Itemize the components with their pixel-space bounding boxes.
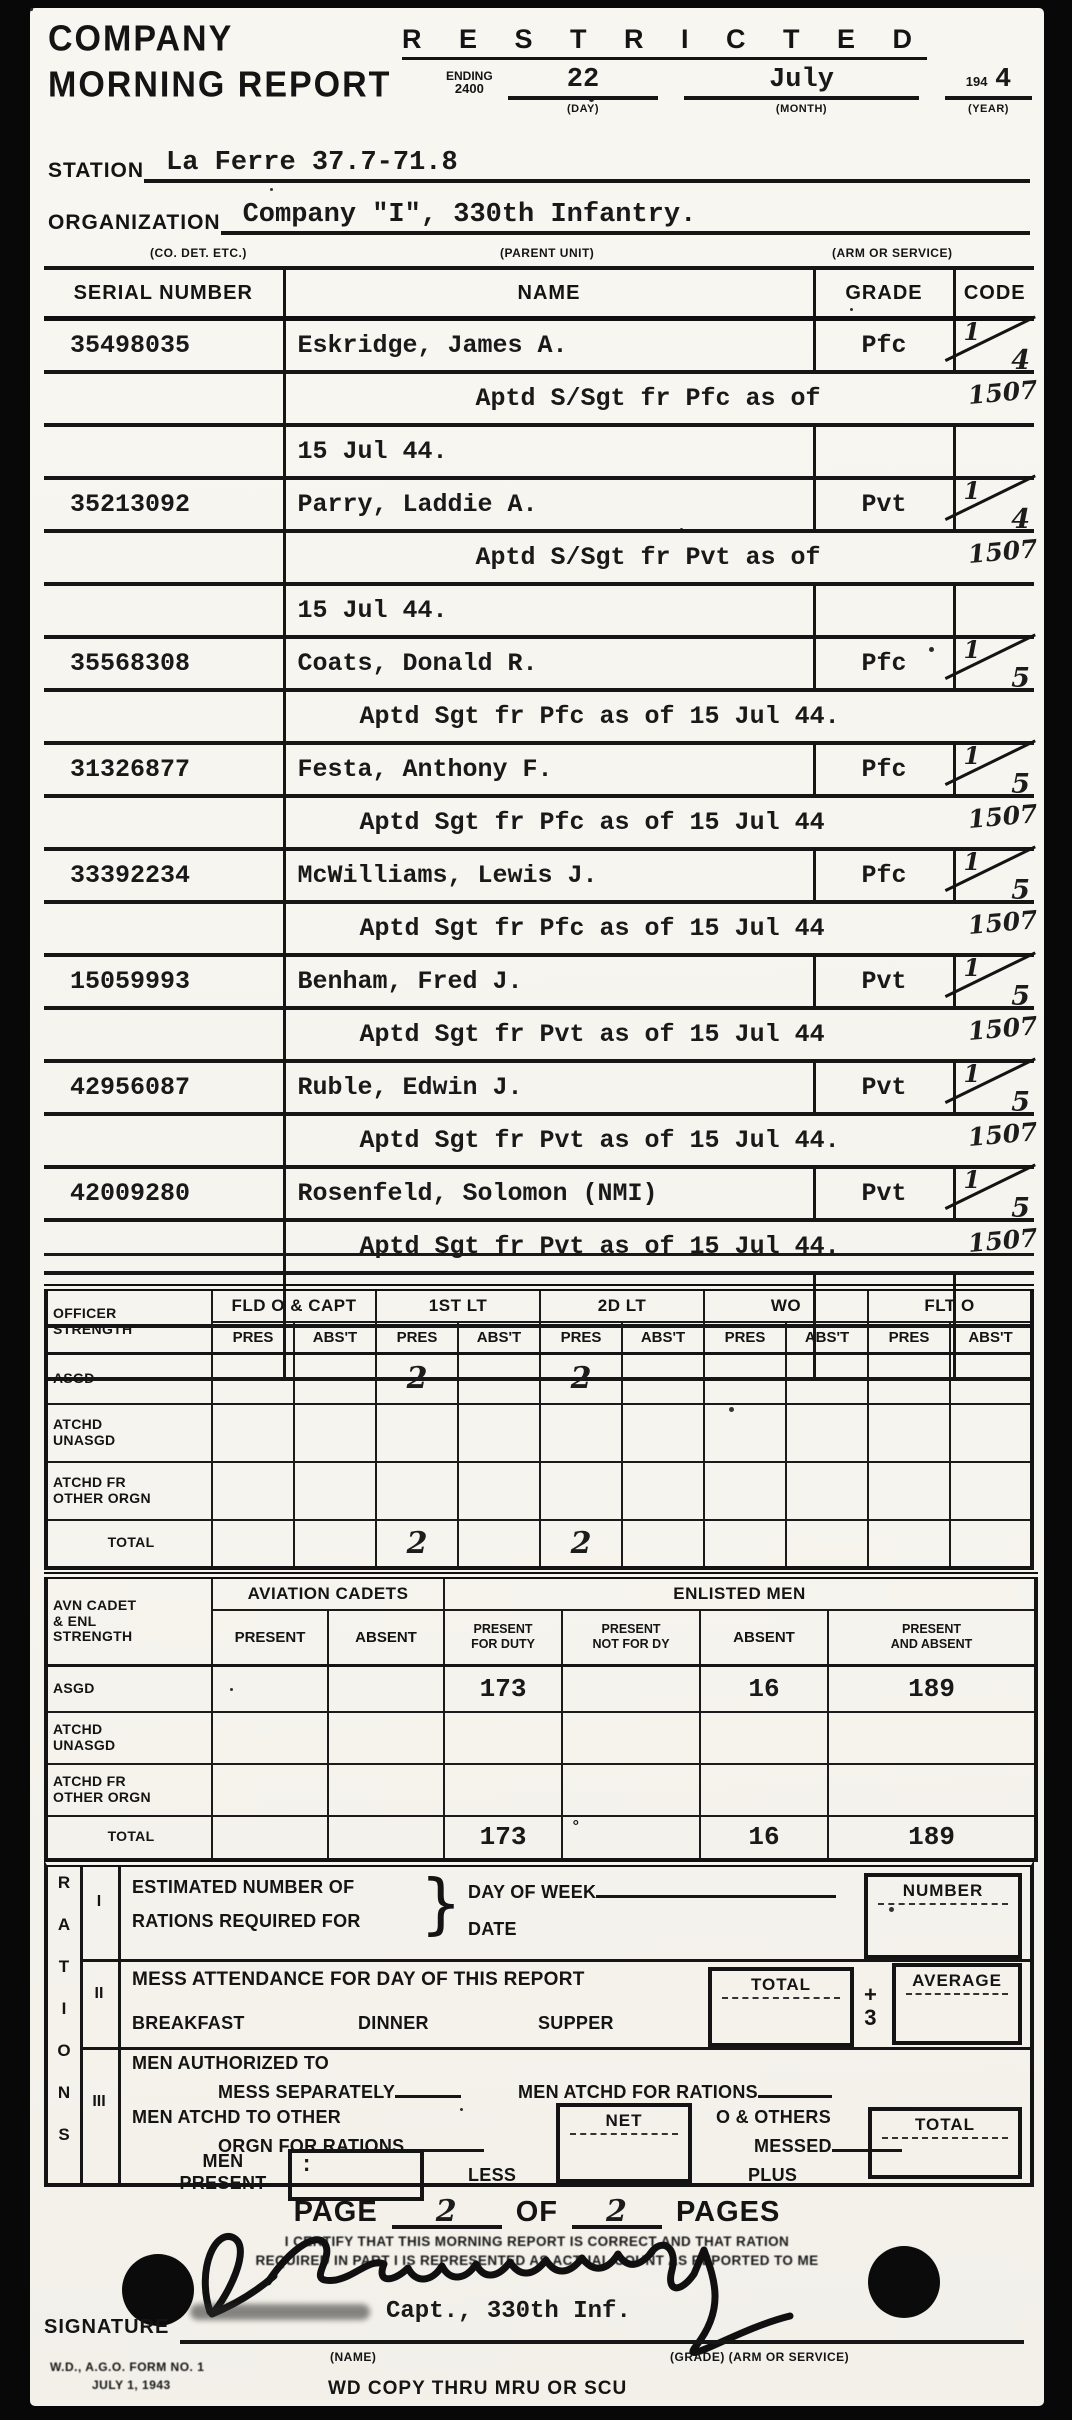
code-numerator: 1 bbox=[964, 635, 981, 664]
enlisted-row-asgd: ASGD 17316189 bbox=[46, 1666, 1036, 1712]
men-present-label: MENPRESENT bbox=[168, 2151, 278, 2194]
serial-cell: 15059993 bbox=[44, 955, 284, 1008]
value-cell bbox=[950, 1520, 1032, 1568]
value-cell: 2 bbox=[376, 1354, 458, 1404]
men-present-box: : bbox=[288, 2149, 424, 2201]
grade-cell: Pfc bbox=[814, 849, 954, 902]
value-cell: 173 bbox=[444, 1666, 562, 1712]
value-cell bbox=[212, 1462, 294, 1520]
divider-rule bbox=[44, 1253, 1034, 1256]
average-box-rule bbox=[906, 1993, 1008, 1995]
col-line1: ABSENT bbox=[330, 1629, 442, 1646]
average-box-label: AVERAGE bbox=[896, 1971, 1018, 1991]
code-handwritten: 1507 bbox=[967, 1117, 1039, 1152]
remark-text: Aptd S/Sgt fr Pfc as of bbox=[476, 384, 821, 413]
serial-cell bbox=[44, 584, 284, 637]
value-cell bbox=[212, 1764, 328, 1816]
value-cell: 2 bbox=[376, 1520, 458, 1568]
year-value: 4 bbox=[995, 65, 1011, 95]
section-ii-numeral: II bbox=[80, 1985, 118, 2003]
value-cell bbox=[868, 1520, 950, 1568]
code-handwritten: 1507 bbox=[967, 534, 1039, 569]
abst-header: ABS'T bbox=[458, 1322, 540, 1354]
men-present-line2: PRESENT bbox=[168, 2173, 278, 2195]
day-of-week-blank bbox=[596, 1879, 836, 1898]
name-cell: Ruble, Edwin J. bbox=[284, 1061, 814, 1114]
serial-cell bbox=[44, 531, 284, 584]
remark-cell: Aptd Sgt fr Pfc as of 15 Jul 44. bbox=[284, 690, 1034, 743]
roster-table: SERIAL NUMBER NAME GRADE CODE 35498035Es… bbox=[44, 266, 1034, 1381]
value-cell: 2 bbox=[540, 1354, 622, 1404]
month-value: July bbox=[684, 65, 919, 100]
stub-line1: OFFICER bbox=[53, 1306, 209, 1322]
stub-line2: STRENGTH bbox=[53, 1322, 209, 1338]
row-label: TOTAL bbox=[46, 1520, 212, 1568]
value-cell bbox=[444, 1764, 562, 1816]
serial-cell bbox=[44, 425, 284, 478]
mess-separately-text: MESS SEPARATELY bbox=[218, 2082, 395, 2102]
remark-text: Aptd Sgt fr Pvt as of 15 Jul 44 bbox=[360, 1020, 825, 1049]
col-line1: PRESENT bbox=[214, 1629, 326, 1646]
table-row: Aptd Sgt fr Pvt as of 15 Jul 44.1507 bbox=[44, 1114, 1034, 1167]
value-cell bbox=[828, 1712, 1036, 1764]
value-cell bbox=[328, 1764, 444, 1816]
value-cell bbox=[294, 1520, 376, 1568]
value-cell: ° bbox=[562, 1816, 700, 1860]
table-row: Aptd Sgt fr Pfc as of 15 Jul 44. bbox=[44, 690, 1034, 743]
value-cell bbox=[622, 1404, 704, 1462]
value-cell: 16 bbox=[700, 1816, 828, 1860]
serial-cell: 33392234 bbox=[44, 849, 284, 902]
value-cell bbox=[294, 1354, 376, 1404]
stub-line3: STRENGTH bbox=[53, 1629, 209, 1645]
col-serial-number: SERIAL NUMBER bbox=[44, 268, 284, 319]
row-label-line1: ATCHD FR bbox=[53, 1475, 209, 1491]
col-line2: FOR DUTY bbox=[446, 1637, 560, 1652]
men-atchd-for-rations-line: MEN ATCHD FOR RATIONS bbox=[518, 2079, 832, 2103]
col-present: PRESENT bbox=[212, 1610, 328, 1666]
divide-op: + bbox=[864, 1983, 877, 2006]
mess-total-label: TOTAL bbox=[712, 1975, 850, 1995]
value-cell bbox=[458, 1404, 540, 1462]
value-cell bbox=[704, 1462, 786, 1520]
rations-letter: N bbox=[48, 2083, 80, 2103]
rations-total-rule bbox=[882, 2137, 1008, 2139]
men-atchd-to-other-line: MEN ATCHD TO OTHER bbox=[132, 2107, 341, 2128]
name-cell: Parry, Laddie A. bbox=[284, 478, 814, 531]
station-label: STATION bbox=[48, 159, 144, 183]
net-box: NET bbox=[556, 2103, 692, 2183]
date-label: DATE bbox=[468, 1919, 517, 1940]
remark-text: Aptd S/Sgt fr Pvt as of bbox=[476, 543, 821, 572]
rations-vertical-label: R A T I O N S bbox=[48, 1867, 83, 2183]
serial-cell bbox=[44, 1008, 284, 1061]
remark-text: Aptd Sgt fr Pvt as of 15 Jul 44. bbox=[360, 1232, 840, 1261]
row-label-line1: ATCHD bbox=[53, 1417, 209, 1433]
plus-label: PLUS bbox=[748, 2165, 797, 2186]
enlisted-row-atchd-unasgd: ATCHDUNASGD bbox=[46, 1712, 1036, 1764]
rations-letter: S bbox=[48, 2125, 80, 2145]
year-value-line: 194 4 bbox=[945, 62, 1032, 100]
pres-header: PRES bbox=[376, 1322, 458, 1354]
remark-cell: Aptd Sgt fr Pfc as of 15 Jul 441507 bbox=[284, 902, 1034, 955]
year-prefix: 194 bbox=[966, 74, 988, 89]
messed-text: MESSED bbox=[754, 2136, 832, 2156]
col-line1: ABSENT bbox=[702, 1629, 826, 1646]
mess-total-box: TOTAL bbox=[708, 1967, 854, 2047]
value-cell bbox=[458, 1520, 540, 1568]
remark-cell: Aptd Sgt fr Pfc as of 15 Jul 441507 bbox=[284, 796, 1034, 849]
code-cell: 15 bbox=[954, 1061, 1034, 1114]
group-aviation-cadets: AVIATION CADETS bbox=[212, 1576, 444, 1610]
row-label-line1: TOTAL bbox=[53, 1535, 209, 1551]
code-cell: 15 bbox=[954, 637, 1034, 690]
name-cell: Festa, Anthony F. bbox=[284, 743, 814, 796]
value-cell bbox=[376, 1462, 458, 1520]
table-row: 42956087Ruble, Edwin J.Pvt15 bbox=[44, 1061, 1034, 1114]
value-cell: 189 bbox=[828, 1666, 1036, 1712]
value-cell bbox=[328, 1712, 444, 1764]
restricted-banner: R E S T R I C T E D bbox=[402, 24, 927, 55]
mess-attendance-title: MESS ATTENDANCE FOR DAY OF THIS REPORT bbox=[132, 1969, 585, 1991]
value-cell bbox=[786, 1354, 868, 1404]
enlisted-strength-stub: AVN CADET& ENLSTRENGTH bbox=[46, 1576, 212, 1666]
ending-2400-label: ENDING 2400 bbox=[446, 70, 493, 95]
row-label-line2: OTHER ORGN bbox=[53, 1491, 209, 1507]
col-line2: AND ABSENT bbox=[830, 1637, 1033, 1652]
value-cell bbox=[328, 1816, 444, 1860]
table-row: 35568308Coats, Donald R.Pfc15 bbox=[44, 637, 1034, 690]
code-numerator: 1 bbox=[964, 1059, 981, 1088]
code-numerator: 1 bbox=[964, 953, 981, 982]
grade-cell: Pfc bbox=[814, 319, 954, 373]
scan-background: COMPANY R E S T R I C T E D MORNING REPO… bbox=[0, 0, 1072, 2420]
signature-line bbox=[180, 2316, 1024, 2344]
value-cell bbox=[622, 1462, 704, 1520]
grade-cell bbox=[814, 425, 954, 478]
value-cell bbox=[458, 1354, 540, 1404]
section-divider bbox=[80, 2047, 1030, 2050]
year-field: 194 4 (YEAR) bbox=[945, 62, 1032, 115]
ending-time: 2400 bbox=[446, 82, 493, 95]
value-cell bbox=[212, 1666, 328, 1712]
serial-cell: 42009280 bbox=[44, 1167, 284, 1220]
men-atchd-for-rations-blank bbox=[758, 2079, 832, 2098]
grade-cell: Pfc bbox=[814, 743, 954, 796]
supper-label: SUPPER bbox=[538, 2013, 614, 2034]
value-cell bbox=[212, 1520, 294, 1568]
col-present-for-duty: PRESENTFOR DUTY bbox=[444, 1610, 562, 1666]
enlisted-strength-table: AVN CADET& ENLSTRENGTH AVIATION CADETS E… bbox=[44, 1572, 1038, 1862]
remark-cell: Aptd Sgt fr Pvt as of 15 Jul 441507 bbox=[284, 1008, 1034, 1061]
name-cell: Eskridge, James A. bbox=[284, 319, 814, 373]
table-row: 15059993Benham, Fred J.Pvt15 bbox=[44, 955, 1034, 1008]
code-handwritten: 1507 bbox=[967, 905, 1039, 940]
serial-cell bbox=[44, 1114, 284, 1167]
value-cell bbox=[376, 1404, 458, 1462]
col-absent-enlisted: ABSENT bbox=[700, 1610, 828, 1666]
divide-by-three: + 3 bbox=[864, 1983, 877, 2029]
value-cell: 173 bbox=[444, 1816, 562, 1860]
rations-letter: T bbox=[48, 1957, 80, 1977]
officer-row-total: TOTAL 22 bbox=[46, 1520, 1032, 1568]
section-divider bbox=[80, 1959, 1030, 1962]
organization-row: ORGANIZATION Company "I", 330th Infantry… bbox=[48, 200, 1030, 235]
group-2d-lt: 2D LT bbox=[540, 1288, 704, 1322]
table-row: Aptd Sgt fr Pfc as of 15 Jul 441507 bbox=[44, 902, 1034, 955]
pres-header: PRES bbox=[868, 1322, 950, 1354]
mess-separately-blank bbox=[395, 2079, 461, 2098]
value-cell bbox=[444, 1712, 562, 1764]
men-atchd-for-rations-text: MEN ATCHD FOR RATIONS bbox=[518, 2082, 758, 2102]
table-row: 31326877Festa, Anthony F.Pfc15 bbox=[44, 743, 1034, 796]
estimated-rations-line1: ESTIMATED NUMBER OF bbox=[132, 1877, 354, 1898]
day-of-week-text: DAY OF WEEK bbox=[468, 1882, 596, 1902]
serial-cell bbox=[44, 690, 284, 743]
table-row: 15 Jul 44. bbox=[44, 425, 1034, 478]
organization-value: Company "I", 330th Infantry. bbox=[221, 200, 1030, 235]
remark-text: Aptd Sgt fr Pvt as of 15 Jul 44. bbox=[360, 1126, 840, 1155]
table-row: Aptd Sgt fr Pvt as of 15 Jul 441507 bbox=[44, 1008, 1034, 1061]
code-cell: 14 bbox=[954, 319, 1034, 373]
code-cell: 15 bbox=[954, 1167, 1034, 1220]
organization-label: ORGANIZATION bbox=[48, 211, 221, 235]
serial-cell: 42956087 bbox=[44, 1061, 284, 1114]
stub-line2: & ENL bbox=[53, 1614, 209, 1630]
table-row: 35213092Parry, Laddie A.Pvt14 bbox=[44, 478, 1034, 531]
grade-cell: Pvt bbox=[814, 955, 954, 1008]
group-wo: WO bbox=[704, 1288, 868, 1322]
value-cell bbox=[458, 1462, 540, 1520]
grade-cell: Pvt bbox=[814, 1061, 954, 1114]
table-row: Aptd Sgt fr Pfc as of 15 Jul 441507 bbox=[44, 796, 1034, 849]
col-present-and-absent: PRESENTAND ABSENT bbox=[828, 1610, 1036, 1666]
value-cell bbox=[786, 1404, 868, 1462]
name-cell: Coats, Donald R. bbox=[284, 637, 814, 690]
breakfast-label: BREAKFAST bbox=[132, 2013, 245, 2034]
row-label: ATCHDUNASGD bbox=[46, 1712, 212, 1764]
table-row: Aptd S/Sgt fr Pvt as of1507 bbox=[44, 531, 1034, 584]
value-cell bbox=[950, 1354, 1032, 1404]
rations-total-box: TOTAL bbox=[868, 2107, 1022, 2179]
company-label: COMPANY bbox=[48, 19, 233, 60]
value-cell bbox=[868, 1354, 950, 1404]
rations-letter: A bbox=[48, 1915, 80, 1935]
roster-header-row: SERIAL NUMBER NAME GRADE CODE bbox=[44, 268, 1034, 319]
rations-letter: O bbox=[48, 2041, 80, 2061]
form-number-line2: JULY 1, 1943 bbox=[92, 2378, 171, 2392]
grade-cell bbox=[814, 584, 954, 637]
value-cell bbox=[622, 1354, 704, 1404]
value-cell bbox=[562, 1712, 700, 1764]
abst-header: ABS'T bbox=[294, 1322, 376, 1354]
value-cell bbox=[540, 1462, 622, 1520]
stub-line1: AVN CADET bbox=[53, 1598, 209, 1614]
col-name: NAME bbox=[284, 268, 814, 319]
value-cell: 2 bbox=[540, 1520, 622, 1568]
signature-label: SIGNATURE bbox=[44, 2316, 169, 2339]
day-value: 22 bbox=[508, 65, 658, 100]
year-label: (YEAR) bbox=[968, 103, 1009, 115]
wd-copy-label: WD COPY THRU MRU OR SCU bbox=[328, 2378, 627, 2400]
remark-cell: Aptd S/Sgt fr Pvt as of1507 bbox=[284, 531, 1034, 584]
estimated-rations-line2: RATIONS REQUIRED FOR bbox=[132, 1911, 361, 1932]
section-iii-numeral: III bbox=[80, 2093, 118, 2111]
remark-text: 15 Jul 44. bbox=[284, 425, 814, 478]
average-box: AVERAGE bbox=[892, 1963, 1022, 2045]
value-cell bbox=[294, 1404, 376, 1462]
rations-total-label: TOTAL bbox=[872, 2115, 1018, 2135]
value-cell bbox=[828, 1764, 1036, 1816]
value-cell bbox=[622, 1520, 704, 1568]
form-number-line1: W.D., A.G.O. FORM NO. 1 bbox=[50, 2360, 204, 2374]
table-row: Aptd Sgt fr Pvt as of 15 Jul 44.1507 bbox=[44, 1220, 1034, 1273]
row-label: ASGD bbox=[46, 1354, 212, 1404]
brace-glyph: } bbox=[420, 1871, 462, 1937]
less-label: LESS bbox=[468, 2165, 516, 2186]
men-present-line1: MEN bbox=[168, 2151, 278, 2173]
mess-total-rule bbox=[722, 1997, 840, 1999]
row-label: TOTAL bbox=[46, 1816, 212, 1860]
month-label: (MONTH) bbox=[776, 103, 827, 115]
number-box-rule bbox=[878, 1903, 1008, 1905]
value-cell bbox=[212, 1816, 328, 1860]
scan-speckles bbox=[30, 8, 33, 11]
rations-numeral-column: I II III bbox=[80, 1867, 121, 2183]
men-present-value: : bbox=[292, 2153, 313, 2178]
grade-cell: Pfc bbox=[814, 637, 954, 690]
value-cell bbox=[700, 1764, 828, 1816]
code-cell: 15 bbox=[954, 743, 1034, 796]
punch-hole-right bbox=[868, 2246, 940, 2318]
code-cell: 15 bbox=[954, 955, 1034, 1008]
serial-cell bbox=[44, 372, 284, 425]
divide-num: 3 bbox=[864, 2006, 876, 2029]
remark-cell: Aptd Sgt fr Pvt as of 15 Jul 44.1507 bbox=[284, 1114, 1034, 1167]
value-cell bbox=[562, 1666, 700, 1712]
abst-header: ABS'T bbox=[622, 1322, 704, 1354]
col-code: CODE bbox=[954, 268, 1034, 319]
value-cell: 16 bbox=[700, 1666, 828, 1712]
remark-text: Aptd Sgt fr Pfc as of 15 Jul 44 bbox=[360, 914, 825, 943]
enlisted-row-total: TOTAL 173°16189 bbox=[46, 1816, 1036, 1860]
value-cell bbox=[786, 1520, 868, 1568]
row-label-line1: TOTAL bbox=[53, 1829, 209, 1845]
col-absent: ABSENT bbox=[328, 1610, 444, 1666]
remark-text: 15 Jul 44. bbox=[284, 584, 814, 637]
row-label: ATCHD FROTHER ORGN bbox=[46, 1764, 212, 1816]
men-authorized-line: MEN AUTHORIZED TO bbox=[132, 2053, 329, 2074]
value-cell bbox=[212, 1404, 294, 1462]
group-1st-lt: 1ST LT bbox=[376, 1288, 540, 1322]
month-field: July (MONTH) bbox=[684, 65, 919, 115]
row-label-line1: ATCHD FR bbox=[53, 1774, 209, 1790]
code-handwritten: 1507 bbox=[967, 1011, 1039, 1046]
rations-letter: I bbox=[48, 1999, 80, 2019]
col-line1: PRESENT bbox=[446, 1622, 560, 1637]
grade-arm-sub-label: (GRADE) (ARM OR SERVICE) bbox=[670, 2350, 849, 2364]
col-line1: PRESENT bbox=[830, 1622, 1033, 1637]
value-cell bbox=[868, 1462, 950, 1520]
name-cell: McWilliams, Lewis J. bbox=[284, 849, 814, 902]
value-cell bbox=[704, 1404, 786, 1462]
value-cell bbox=[704, 1520, 786, 1568]
col-grade: GRADE bbox=[814, 268, 954, 319]
morning-report-title: MORNING REPORT bbox=[48, 65, 391, 106]
pres-header: PRES bbox=[212, 1322, 294, 1354]
row-label: ASGD bbox=[46, 1666, 212, 1712]
col-line1: PRESENT bbox=[564, 1622, 698, 1637]
code-cell bbox=[954, 584, 1034, 637]
number-box: NUMBER bbox=[864, 1873, 1022, 1959]
officer-group-header: OFFICERSTRENGTH FLD O & CAPT 1ST LT 2D L… bbox=[46, 1288, 1032, 1322]
row-label-line1: ATCHD bbox=[53, 1722, 209, 1738]
table-row: Aptd S/Sgt fr Pfc as of1507 bbox=[44, 372, 1034, 425]
table-row: 35498035Eskridge, James A.Pfc14 bbox=[44, 319, 1034, 373]
row-label-line1: ASGD bbox=[53, 1681, 209, 1697]
value-cell bbox=[786, 1462, 868, 1520]
remark-text: Aptd Sgt fr Pfc as of 15 Jul 44 bbox=[360, 808, 825, 837]
grade-cell: Pvt bbox=[814, 478, 954, 531]
value-cell bbox=[294, 1462, 376, 1520]
code-numerator: 1 bbox=[964, 317, 981, 346]
code-handwritten: 1507 bbox=[967, 799, 1039, 834]
group-enlisted-men: ENLISTED MEN bbox=[444, 1576, 1036, 1610]
org-sub-label-co: (CO. DET. ETC.) bbox=[150, 246, 247, 260]
grade-cell: Pvt bbox=[814, 1167, 954, 1220]
row-label: ATCHDUNASGD bbox=[46, 1404, 212, 1462]
org-sub-label-arm: (ARM OR SERVICE) bbox=[832, 246, 952, 260]
serial-cell: 31326877 bbox=[44, 743, 284, 796]
serial-cell bbox=[44, 796, 284, 849]
name-cell: Rosenfeld, Solomon (NMI) bbox=[284, 1167, 814, 1220]
value-cell bbox=[950, 1462, 1032, 1520]
row-label-line2: OTHER ORGN bbox=[53, 1790, 209, 1806]
value-cell bbox=[704, 1354, 786, 1404]
mess-separately-line: MESS SEPARATELY bbox=[218, 2079, 461, 2103]
group-flt-o: FLT O bbox=[868, 1288, 1032, 1322]
code-numerator: 1 bbox=[964, 1165, 981, 1194]
value-cell bbox=[328, 1666, 444, 1712]
code-numerator: 1 bbox=[964, 847, 981, 876]
row-label-line2: UNASGD bbox=[53, 1738, 209, 1754]
remark-cell: Aptd S/Sgt fr Pfc as of1507 bbox=[284, 372, 1034, 425]
o-and-others-label: O & OTHERS bbox=[716, 2107, 831, 2128]
col-line2: NOT FOR DY bbox=[564, 1637, 698, 1652]
value-cell bbox=[212, 1712, 328, 1764]
serial-cell bbox=[44, 902, 284, 955]
code-cell: 15 bbox=[954, 849, 1034, 902]
value-cell bbox=[212, 1354, 294, 1404]
net-box-rule bbox=[570, 2133, 678, 2135]
code-numerator: 1 bbox=[964, 741, 981, 770]
morning-report-page: COMPANY R E S T R I C T E D MORNING REPO… bbox=[30, 8, 1044, 2406]
value-cell bbox=[540, 1404, 622, 1462]
table-row: 15 Jul 44. bbox=[44, 584, 1034, 637]
serial-cell bbox=[44, 1220, 284, 1273]
station-row: STATION La Ferre 37.7-71.8 bbox=[48, 148, 1030, 183]
remark-text: Aptd Sgt fr Pfc as of 15 Jul 44. bbox=[360, 702, 840, 731]
section-i-numeral: I bbox=[80, 1893, 118, 1911]
serial-cell: 35498035 bbox=[44, 319, 284, 373]
col-present-not-for-dy: PRESENTNOT FOR DY bbox=[562, 1610, 700, 1666]
pres-header: PRES bbox=[704, 1322, 786, 1354]
pres-header: PRES bbox=[540, 1322, 622, 1354]
table-row: 42009280Rosenfeld, Solomon (NMI)Pvt15 bbox=[44, 1167, 1034, 1220]
group-fld-o-capt: FLD O & CAPT bbox=[212, 1288, 376, 1322]
officer-strength-table: OFFICERSTRENGTH FLD O & CAPT 1ST LT 2D L… bbox=[44, 1284, 1034, 1570]
report-date-fields: 22 (DAY) July (MONTH) 194 4 (YEAR) bbox=[508, 62, 1032, 115]
